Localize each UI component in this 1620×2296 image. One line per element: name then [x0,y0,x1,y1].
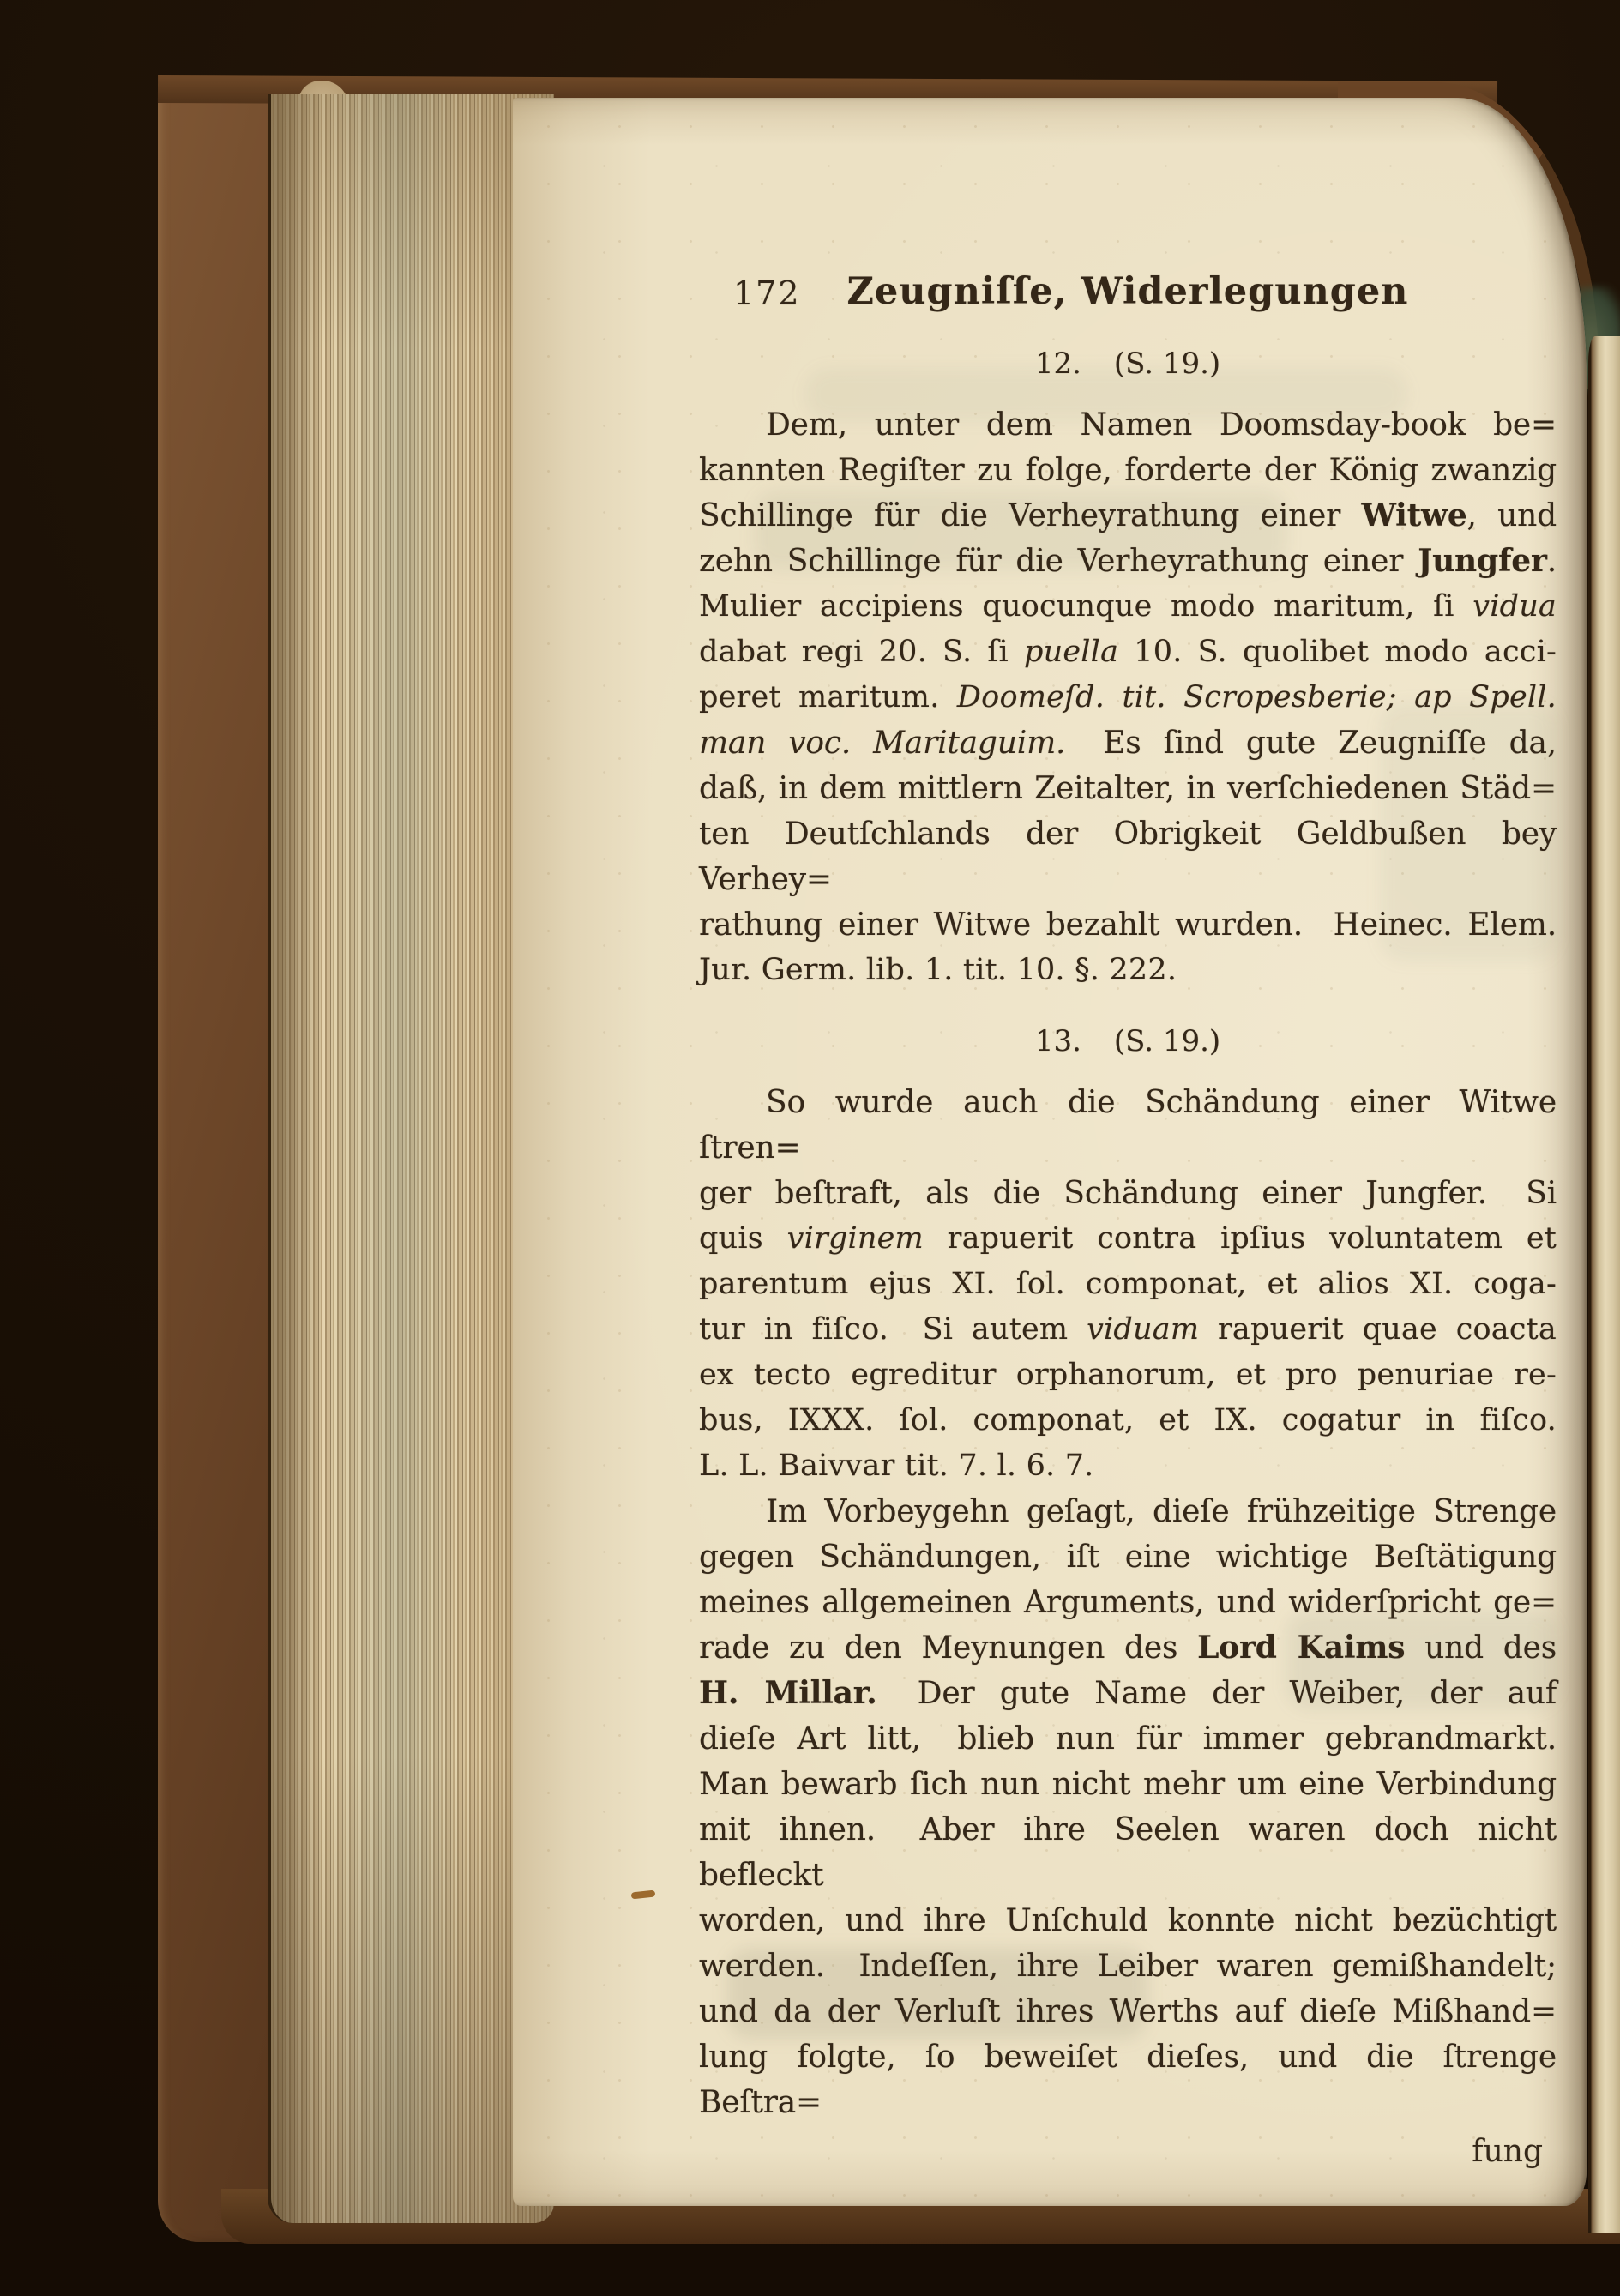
next-page-sliver [1588,336,1620,2233]
text-line: peret maritum. Doomeſd. tit. Scropesberi… [699,675,1557,720]
text-line: parentum ejus XI. ſol. componat, et alio… [699,1262,1557,1307]
text-line: tur in fiſco. Si autem viduam rapuerit q… [699,1307,1557,1353]
text-line: H. Millar. Der gute Name der Weiber, der… [699,1671,1557,1716]
text-line: rade zu den Meynungen des Lord Kaims und… [699,1625,1557,1671]
section-page-ref: (S. 19.) [1114,1024,1220,1058]
text-line: werden. Indeſſen, ihre Leiber waren gemi… [699,1943,1557,1989]
text-line: zehn Schillinge für die Verheyrathung ei… [699,539,1557,584]
catchword: fung [699,2129,1557,2174]
text-line: und da der Verluſt ihres Werths auf dieſ… [699,1989,1557,2034]
text-line: L. L. Baivvar tit. 7. l. 6. 7. [699,1443,1557,1489]
text-line: kannten Regiſter zu folge, forderte der … [699,448,1557,493]
text-line: dabat regi 20. S. ſi puella 10. S. quoli… [699,630,1557,675]
text-line: Im Vorbeygehn geſagt, dieſe frühzeitige … [699,1489,1557,1534]
section-number: 12. [1035,347,1081,381]
text-line: Schillinge für die Verheyrathung einer W… [699,493,1557,539]
scanned-book-photo: { "colors": { "background": "#1c1106", "… [0,0,1620,2296]
section-heading: 12.(S. 19.) [699,341,1557,387]
section-number: 13. [1035,1024,1081,1058]
text-line: man voc. Maritaguim. Es ſind gute Zeugni… [699,720,1557,766]
text-line: rathung einer Witwe bezahlt wurden. Hein… [699,902,1557,948]
section-heading: 13.(S. 19.) [699,1019,1557,1064]
running-title: Zeugniſſe, Widerlegungen [699,268,1557,316]
running-header: 172 Zeugniſſe, Widerlegungen [699,268,1557,316]
text-line: quis virginem rapuerit contra ipſius vol… [699,1216,1557,1262]
page-edge-stack [268,94,554,2223]
text-line: Mulier accipiens quocunque modo maritum,… [699,584,1557,630]
text-line: Man bewarb ſich nun nicht mehr um eine V… [699,1762,1557,1807]
section-body: Dem, unter dem Namen Doomsday-book be=ka… [699,402,1557,993]
text-line: Dem, unter dem Namen Doomsday-book be= [699,402,1557,448]
text-column: 172 Zeugniſſe, Widerlegungen 12.(S. 19.)… [699,268,1557,2174]
text-line: ger beſtraft, als die Schändung einer Ju… [699,1171,1557,1216]
text-line: daß, in dem mittlern Zeitalter, in verſc… [699,766,1557,811]
text-line: ex tecto egreditur orphanorum, et pro pe… [699,1353,1557,1398]
text-line: ten Deutſchlands der Obrigkeit Geldbußen… [699,811,1557,902]
text-line: mit ihnen. Aber ihre Seelen waren doch n… [699,1807,1557,1898]
section-page-ref: (S. 19.) [1114,347,1220,381]
text-line: bus, IXXX. ſol. componat, et IX. cogatur… [699,1398,1557,1443]
text-line: dieſe Art litt, blieb nun für immer gebr… [699,1716,1557,1762]
page-number: 172 [733,274,801,312]
text-line: So wurde auch die Schändung einer Witwe … [699,1080,1557,1171]
text-line: lung folgte, ſo beweiſet dieſes, und die… [699,2034,1557,2125]
text-line: Jur. Germ. lib. 1. tit. 10. §. 222. [699,948,1557,993]
section-body: So wurde auch die Schändung einer Witwe … [699,1080,1557,2125]
text-line: meines allgemeinen Arguments, und widerſ… [699,1580,1557,1625]
text-line: worden, und ihre Unſchuld konnte nicht b… [699,1898,1557,1943]
text-line: gegen Schändungen, iſt eine wichtige Beſ… [699,1534,1557,1580]
